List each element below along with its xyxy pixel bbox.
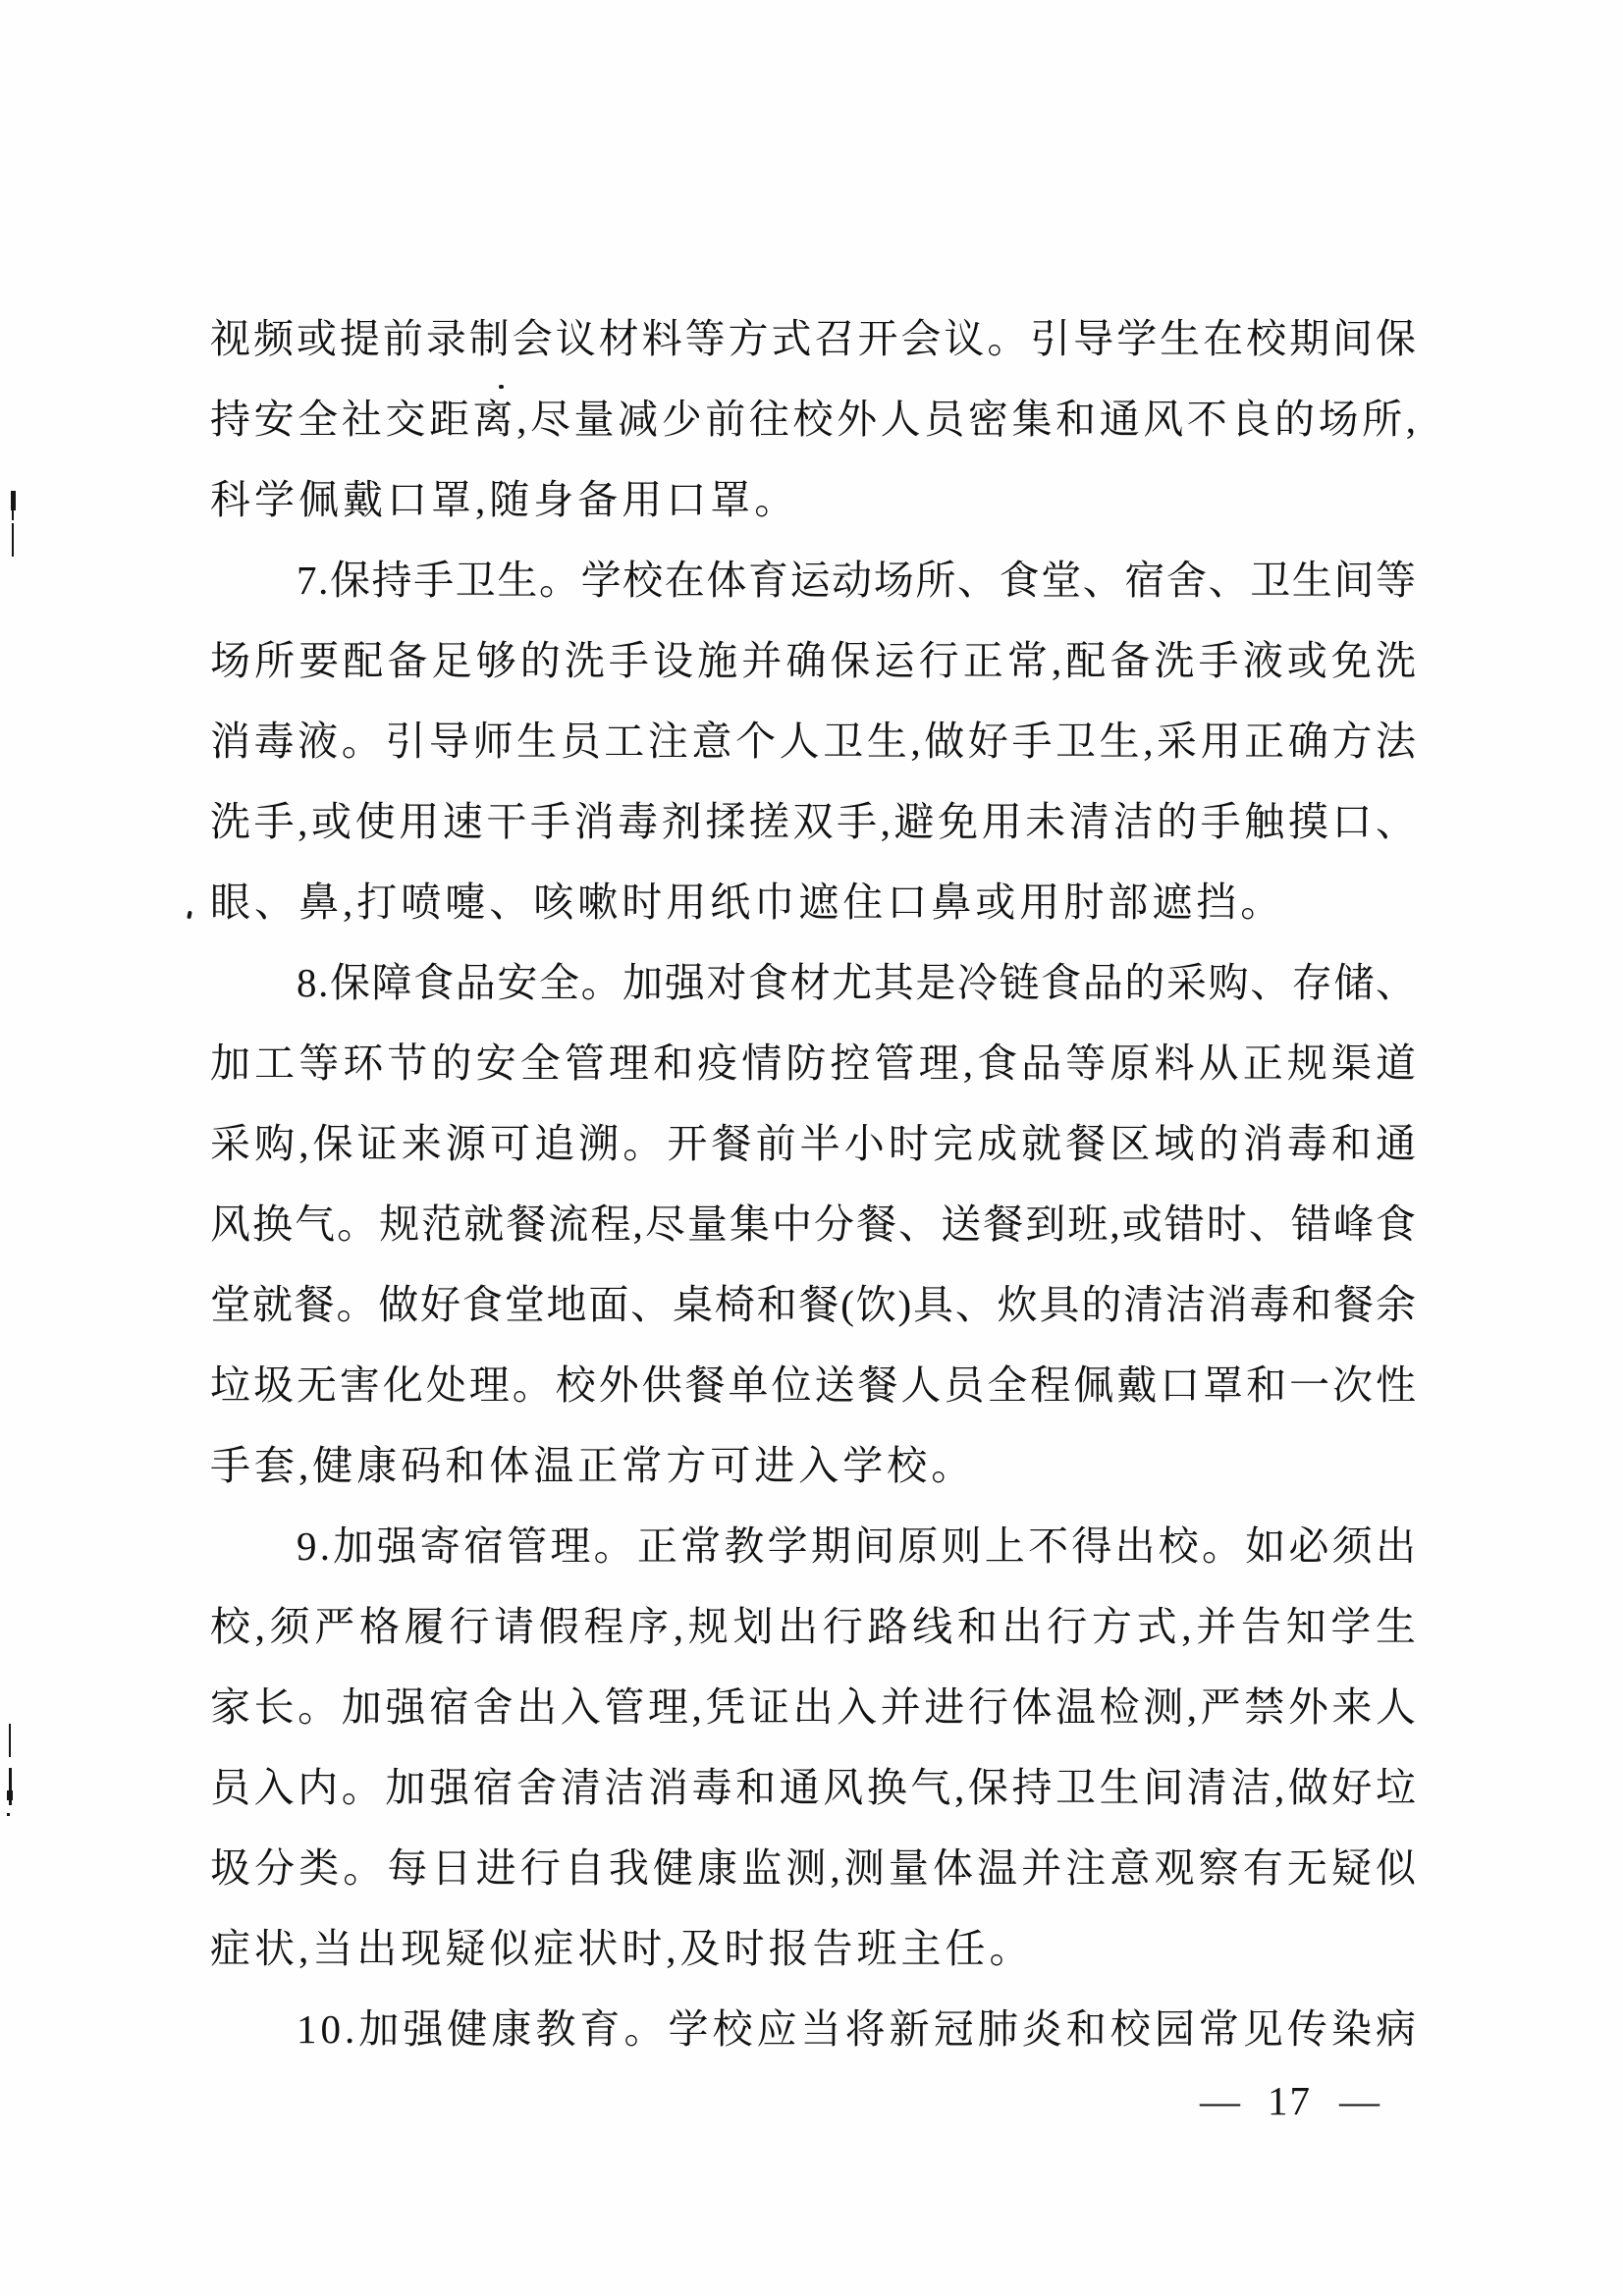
text-line: 科学佩戴口罩,随身备用口罩。 [210, 459, 1416, 540]
text-line: 家长。加强宿舍出入管理,凭证出入并进行体温检测,严禁外来人 [210, 1667, 1416, 1747]
margin-mark [7, 1813, 10, 1816]
document-page: 视频或提前录制会议材料等方式召开会议。引导学生在校期间保持安全社交距离,尽量减少… [0, 0, 1623, 2296]
document-text: 视频或提前录制会议材料等方式召开会议。引导学生在校期间保持安全社交距离,尽量减少… [210, 298, 1416, 2069]
text-line: 视频或提前录制会议材料等方式召开会议。引导学生在校期间保 [210, 298, 1416, 379]
page-number-left-dash: — [1200, 2077, 1240, 2124]
text-line: 采购,保证来源可追溯。开餐前半小时完成就餐区域的消毒和通 [210, 1103, 1416, 1184]
text-line: 垃圾无害化处理。校外供餐单位送餐人员全程佩戴口罩和一次性 [210, 1345, 1416, 1425]
text-line: 9.加强寄宿管理。正常教学期间原则上不得出校。如必须出 [210, 1506, 1416, 1586]
margin-mark [7, 1790, 13, 1800]
text-line: 10.加强健康教育。学校应当将新冠肺炎和校园常见传染病 [210, 1989, 1416, 2069]
text-line: 眼、鼻,打喷嚏、咳嗽时用纸巾遮住口鼻或用肘部遮挡。 [210, 862, 1416, 942]
text-line: 手套,健康码和体温正常方可进入学校。 [210, 1425, 1416, 1506]
margin-mark [9, 1724, 11, 1757]
text-line: 8.保障食品安全。加强对食材尤其是冷链食品的采购、存储、 [210, 942, 1416, 1023]
text-line: 风换气。规范就餐流程,尽量集中分餐、送餐到班,或错时、错峰食 [210, 1184, 1416, 1264]
text-line: 症状,当出现疑似症状时,及时报告班主任。 [210, 1908, 1416, 1989]
text-line: 员入内。加强宿舍清洁消毒和通风换气,保持卫生间清洁,做好垃 [210, 1747, 1416, 1828]
text-line: 持安全社交距离,尽量减少前往校外人员密集和通风不良的场所, [210, 379, 1416, 459]
text-line: 堂就餐。做好食堂地面、桌椅和餐(饮)具、炊具的清洁消毒和餐余 [210, 1264, 1416, 1345]
margin-mark [12, 510, 14, 520]
text-line: 校,须严格履行请假程序,规划出行路线和出行方式,并告知学生 [210, 1586, 1416, 1667]
text-line: 场所要配备足够的洗手设施并确保运行正常,配备洗手液或免洗 [210, 620, 1416, 701]
text-line: 消毒液。引导师生员工注意个人卫生,做好手卫生,采用正确方法 [210, 701, 1416, 781]
text-line: 圾分类。每日进行自我健康监测,测量体温并注意观察有无疑似 [210, 1828, 1416, 1908]
page-number: — 17 — [1200, 2079, 1380, 2122]
margin-mark [12, 523, 14, 557]
margin-mark [11, 491, 16, 510]
text-line: 7.保持手卫生。学校在体育运动场所、食堂、宿舍、卫生间等 [210, 540, 1416, 620]
scan-speck [499, 385, 504, 389]
text-line: 洗手,或使用速干手消毒剂揉搓双手,避免用未清洁的手触摸口、 [210, 781, 1416, 862]
page-number-value: 17 [1268, 2077, 1312, 2124]
text-line: 加工等环节的安全管理和疫情防控管理,食品等原料从正规渠道 [210, 1023, 1416, 1103]
page-number-right-dash: — [1339, 2077, 1380, 2124]
scan-speck [187, 911, 192, 920]
